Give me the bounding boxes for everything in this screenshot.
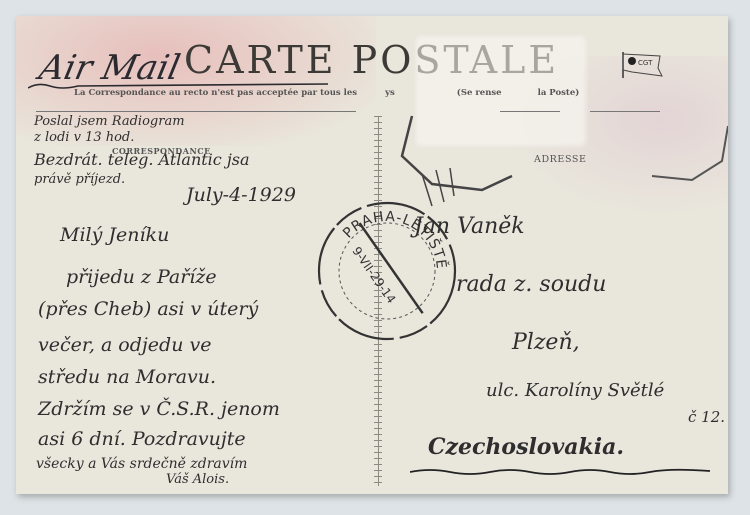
note-line-2: z lodi v 13 hod. [34, 130, 134, 145]
message-line-8: všecky a Vás srdečně zdravím [36, 456, 247, 472]
country-underline [410, 466, 720, 480]
address-country: Czechoslovakia. [428, 434, 624, 460]
stamp-outline [392, 66, 728, 216]
note-line-1: Poslal jsem Radiogram [34, 114, 185, 129]
message-line-7: asi 6 dní. Pozdravujte [38, 428, 246, 450]
header-rule-left [36, 111, 356, 112]
svg-text:9-VII-29-14: 9-VII-29-14 [349, 244, 398, 306]
message-signature: Váš Alois. [166, 472, 229, 487]
air-mail-underline [28, 78, 388, 92]
address-line-5: č 12. [688, 408, 725, 426]
message-line-6: Zdržím se v Č.S.R. jenom [38, 398, 280, 420]
message-line-4: večer, a odjedu ve [38, 334, 211, 356]
message-line-1: Milý Jeníku [60, 224, 169, 246]
address-line-1: Jan Vaněk [414, 214, 525, 239]
title-visible: CARTE PO [184, 38, 414, 82]
message-line-5: středu na Moravu. [38, 366, 216, 388]
address-line-2: rada z. soudu [456, 272, 606, 297]
postcard: CARTE POSTALE La Correspondance au recto… [16, 16, 728, 494]
message-line-2: přijedu z Paříže [66, 266, 217, 288]
note-line-4: právě příjezd. [34, 172, 125, 187]
note-line-3: Bezdrát. teleg. Atlantic jsa [34, 150, 250, 169]
message-line-3: (přes Cheb) asi v úterý [38, 298, 258, 320]
handwritten-date: July-4-1929 [186, 184, 296, 206]
address-line-4: ulc. Karolíny Světlé [486, 380, 664, 401]
address-line-3: Plzeň, [512, 330, 580, 355]
